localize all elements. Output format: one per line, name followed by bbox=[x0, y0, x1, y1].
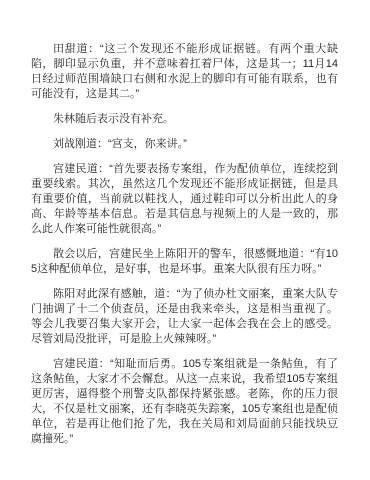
ebook-page: 田甜道：“这三个发现还不能形成证据链。有两个重大缺陷，脚印显示负重，并不意味着扛… bbox=[0, 0, 370, 480]
paragraph: 散会以后，宫建民坐上陈阳开的警车，很感慨地道：“有105这种配侦单位，是好事，也… bbox=[31, 247, 338, 277]
paragraph: 刘战刚道：“宫支，你来讲。” bbox=[31, 137, 338, 152]
paragraph: 宫建民道：“知耻而后勇。105专案组就是一条鲇鱼，有了这条鲇鱼，大家才不会懈怠。… bbox=[31, 357, 338, 447]
paragraph: 陈阳对此深有感触，道：“为了侦办杜文丽案，重案大队专门抽调了十二个侦查员，还是由… bbox=[31, 287, 338, 347]
paragraph: 宫建民道：“首先要表扬专案组，作为配侦单位，连续挖到重要线索。其次，虽然这几个发… bbox=[31, 162, 338, 237]
paragraph: 朱林随后表示没有补充。 bbox=[31, 112, 338, 127]
text-content: 田甜道：“这三个发现还不能形成证据链。有两个重大缺陷，脚印显示负重，并不意味着扛… bbox=[31, 42, 338, 447]
paragraph: 田甜道：“这三个发现还不能形成证据链。有两个重大缺陷，脚印显示负重，并不意味着扛… bbox=[31, 42, 338, 102]
